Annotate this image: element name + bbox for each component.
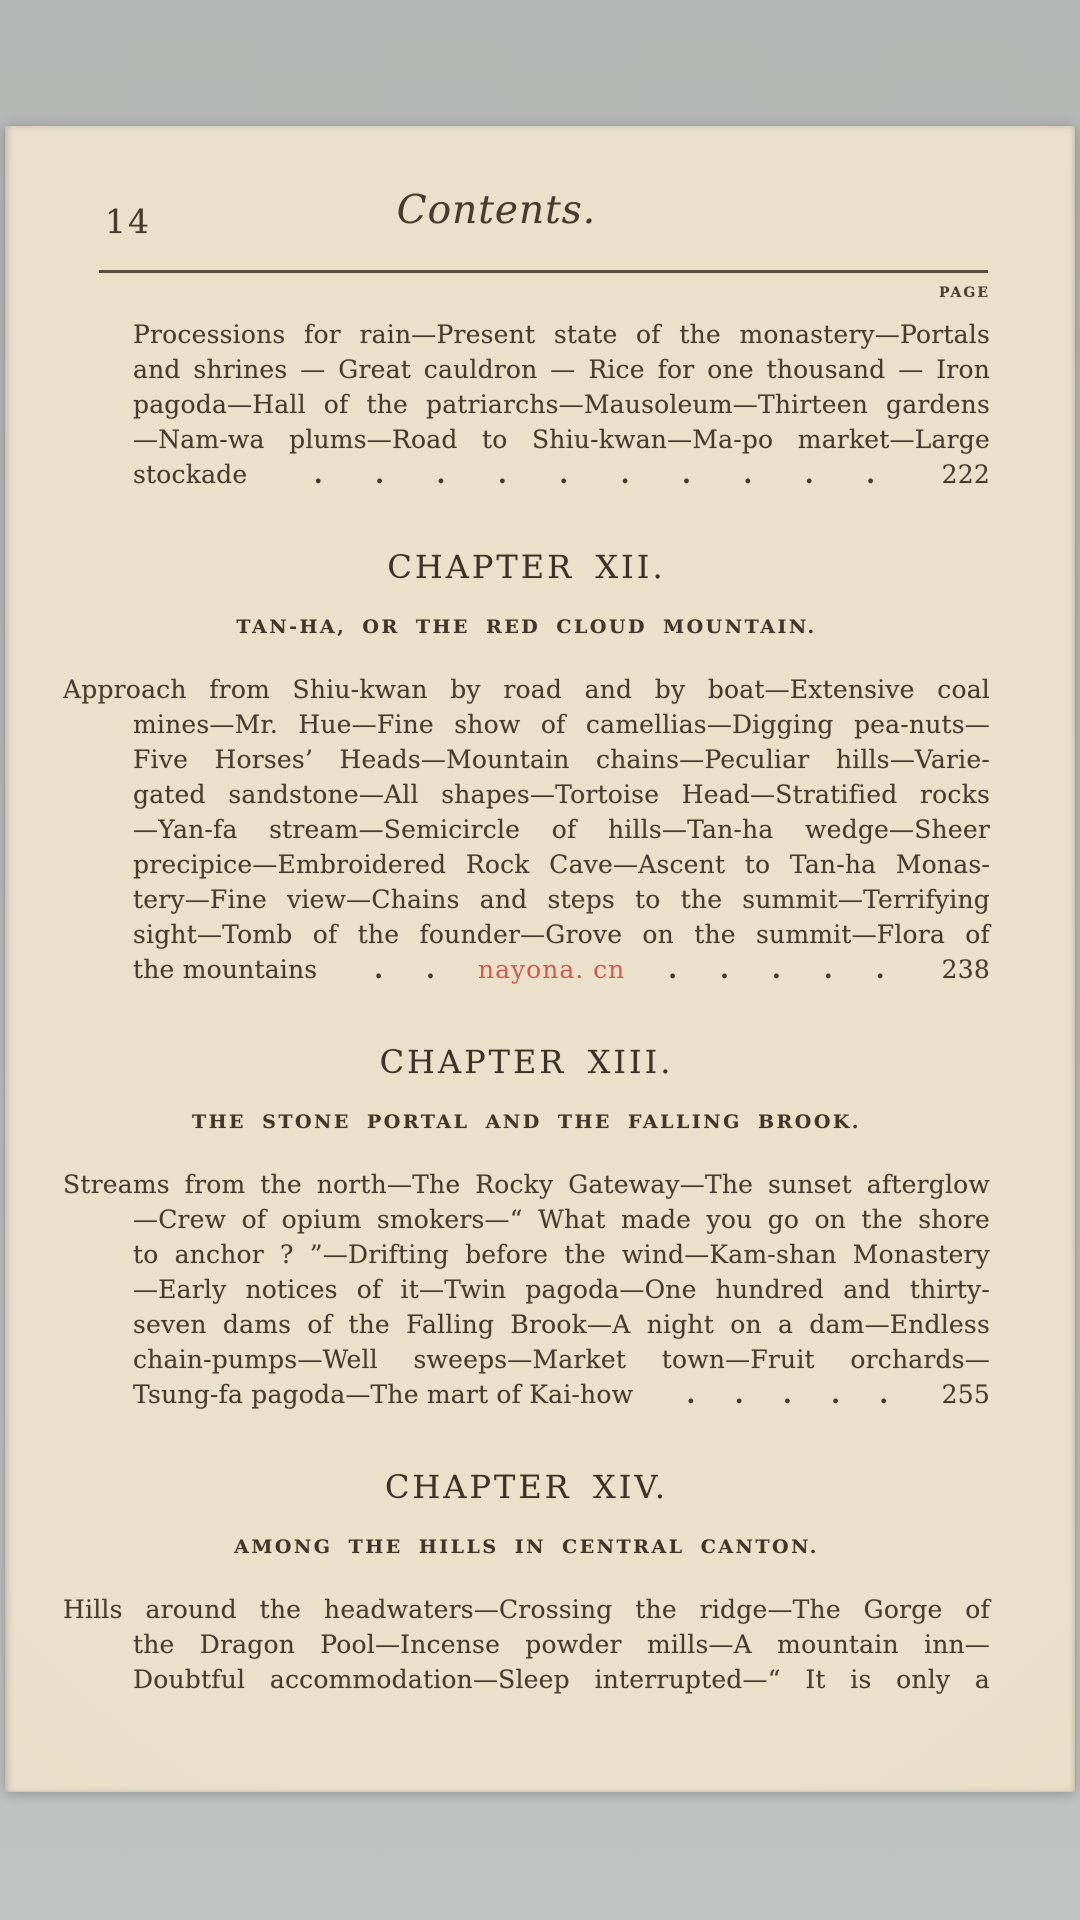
page-header: 14 Contents. (63, 188, 990, 246)
toc-line: and shrines — Great cauldron — Rice for … (63, 352, 990, 387)
toc-line: to anchor ? ”—Drifting before the wind—K… (63, 1237, 990, 1272)
watermark-text: nayona. cn (478, 952, 625, 987)
toc-line: sight—Tomb of the founder—Grove on the s… (63, 917, 990, 952)
toc-section: CHAPTER XIV.AMONG THE HILLS IN CENTRAL C… (63, 1468, 990, 1697)
page-column-label: PAGE (63, 285, 990, 301)
chapter-subtitle: THE STONE PORTAL AND THE FALLING BROOK. (63, 1111, 990, 1133)
toc-line: —Early notices of it—Twin pagoda—One hun… (63, 1272, 990, 1307)
leader-dot: . (879, 1377, 888, 1412)
toc-section: Processions for rain—Present state of th… (63, 317, 990, 492)
leader-dot: . (866, 457, 875, 492)
toc-entry-text: stockade (133, 457, 247, 492)
leader-dot: . (735, 1377, 744, 1412)
leader-dot: . (621, 457, 630, 492)
toc-section: CHAPTER XII.TAN-HA, OR THE RED CLOUD MOU… (63, 548, 990, 987)
leader-dots: .......... (247, 457, 941, 492)
leader-dot: . (559, 457, 568, 492)
toc-line: Processions for rain—Present state of th… (63, 317, 990, 352)
page-ref: 255 (942, 1377, 990, 1412)
toc-line: pagoda—Hall of the patriarchs—Mausoleum—… (63, 387, 990, 422)
leader-dots: ..... (633, 1377, 941, 1412)
leader-dot: . (687, 1377, 696, 1412)
leader-dot: . (668, 952, 677, 987)
leader-dot: . (375, 457, 384, 492)
toc-paragraph: Streams from the north—The Rocky Gateway… (63, 1167, 990, 1412)
leader-dot: . (374, 952, 383, 987)
toc-line: gated sandstone—All shapes—Tortoise Head… (63, 777, 990, 812)
chapter-heading: CHAPTER XIV. (63, 1468, 990, 1506)
toc-line: Approach from Shiu-kwan by road and by b… (63, 672, 990, 707)
toc-line: seven dams of the Falling Brook—A night … (63, 1307, 990, 1342)
folio-number: 14 (105, 202, 151, 241)
scanner-background: 14 Contents. PAGE Processions for rain—P… (0, 0, 1080, 1920)
leader-dot: . (772, 952, 781, 987)
leader-dot: . (720, 952, 729, 987)
header-rule (99, 270, 988, 273)
toc-line: Doubtful accommodation—Sleep interrupted… (63, 1662, 990, 1697)
leader-dot: . (805, 457, 814, 492)
leader-dot: . (682, 457, 691, 492)
toc-paragraph: Processions for rain—Present state of th… (63, 317, 990, 492)
leader-dot: . (426, 952, 435, 987)
toc-line: Five Horses’ Heads—Mountain chains—Pecul… (63, 742, 990, 777)
leader-dot: . (876, 952, 885, 987)
chapter-heading: CHAPTER XII. (63, 548, 990, 586)
chapter-heading: CHAPTER XIII. (63, 1043, 990, 1081)
toc-line: Streams from the north—The Rocky Gateway… (63, 1167, 990, 1202)
toc-line: precipice—Embroidered Rock Cave—Ascent t… (63, 847, 990, 882)
toc-leader-line: Tsung-fa pagoda—The mart of Kai-how.....… (63, 1377, 990, 1412)
leader-dot: . (831, 1377, 840, 1412)
leader-dot: . (498, 457, 507, 492)
book-page: 14 Contents. PAGE Processions for rain—P… (5, 126, 1075, 1792)
toc-entry-text: the mountains (133, 952, 317, 987)
toc-entry-text: Tsung-fa pagoda—The mart of Kai-how (133, 1377, 633, 1412)
toc-sections: Processions for rain—Present state of th… (63, 317, 990, 1697)
leader-dots: ..nayona. cn..... (317, 952, 941, 987)
leader-dot: . (824, 952, 833, 987)
leader-dot: . (743, 457, 752, 492)
toc-paragraph: Hills around the headwaters—Crossing the… (63, 1592, 990, 1697)
page-ref: 238 (942, 952, 990, 987)
toc-line: —Nam-wa plums—Road to Shiu-kwan—Ma-po ma… (63, 422, 990, 457)
toc-line: Hills around the headwaters—Crossing the… (63, 1592, 990, 1627)
leader-dot: . (437, 457, 446, 492)
toc-line: tery—Fine view—Chains and steps to the s… (63, 882, 990, 917)
toc-section: CHAPTER XIII.THE STONE PORTAL AND THE FA… (63, 1043, 990, 1412)
toc-line: —Yan-fa stream—Semicircle of hills—Tan-h… (63, 812, 990, 847)
toc-leader-line: stockade..........222 (63, 457, 990, 492)
toc-leader-line: the mountains..nayona. cn.....238 (63, 952, 990, 987)
toc-line: the Dragon Pool—Incense powder mills—A m… (63, 1627, 990, 1662)
toc-line: chain-pumps—Well sweeps—Market town—Frui… (63, 1342, 990, 1377)
leader-dot: . (783, 1377, 792, 1412)
page-title: Contents. (63, 188, 990, 233)
leader-dot: . (314, 457, 323, 492)
page-ref: 222 (942, 457, 990, 492)
chapter-subtitle: AMONG THE HILLS IN CENTRAL CANTON. (63, 1536, 990, 1558)
toc-line: —Crew of opium smokers—“ What made you g… (63, 1202, 990, 1237)
chapter-subtitle: TAN-HA, OR THE RED CLOUD MOUNTAIN. (63, 616, 990, 638)
toc-paragraph: Approach from Shiu-kwan by road and by b… (63, 672, 990, 987)
toc-line: mines—Mr. Hue—Fine show of camellias—Dig… (63, 707, 990, 742)
